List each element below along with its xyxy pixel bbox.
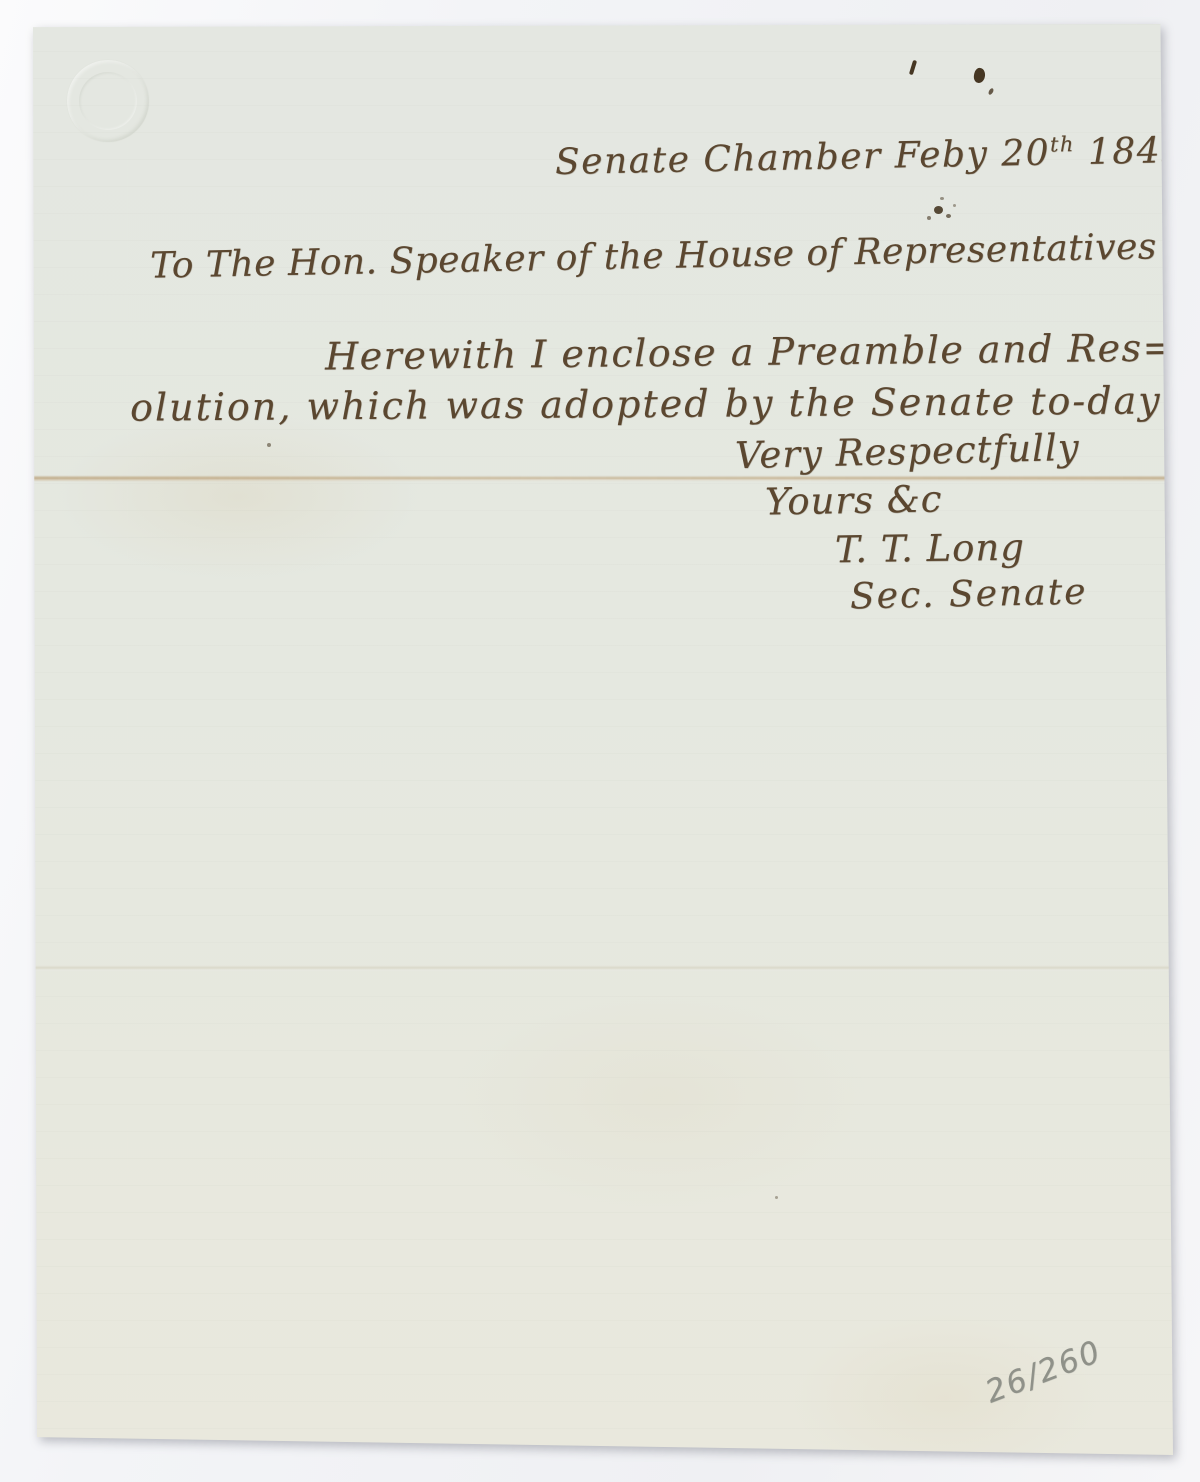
- body-line-1: Herewith I enclose a Preamble and Res=: [325, 326, 1176, 379]
- date-line: Senate Chamber Feby 20th 1843: [555, 130, 1186, 183]
- fold-crease-bottom: [33, 966, 1173, 970]
- ink-spatter-dot: [946, 214, 951, 218]
- salutation-line: To The Hon. Speaker of the House of Repr…: [150, 226, 1157, 286]
- paper-fleck: [267, 443, 271, 447]
- letter-page-wrapper: Senate Chamber Feby 20th 1843 To The Hon…: [0, 0, 1200, 1482]
- paper-fleck: [775, 1196, 778, 1199]
- closing-line-yours: Yours &c: [765, 477, 943, 523]
- ink-spatter-dot: [940, 197, 944, 200]
- embossed-seal-inner-ring: [79, 72, 137, 130]
- date-line-text: Senate Chamber Feby 20: [555, 133, 1051, 183]
- scan-background: Senate Chamber Feby 20th 1843 To The Hon…: [0, 0, 1200, 1482]
- letter-page: Senate Chamber Feby 20th 1843 To The Hon…: [33, 24, 1173, 1455]
- fold-crease-top: [33, 476, 1173, 481]
- ink-speck: [909, 60, 917, 76]
- date-line-year: 1843: [1075, 130, 1186, 173]
- ink-speck: [988, 87, 995, 95]
- ink-spatter-dot: [953, 204, 956, 207]
- ink-spatter-dot: [927, 216, 931, 220]
- body-line-2: olution, which was adopted by the Senate…: [130, 378, 1162, 429]
- ink-speck: [973, 67, 987, 84]
- signature-title: Sec. Senate: [850, 572, 1088, 618]
- signature-name: T. T. Long: [835, 526, 1025, 572]
- embossed-seal: [67, 60, 149, 142]
- closing-line-respectfully: Very Respectfully: [735, 426, 1081, 477]
- ink-spatter-dot: [934, 206, 943, 214]
- date-superscript: th: [1050, 132, 1075, 156]
- archival-number-pencil: 26/260: [981, 1334, 1107, 1411]
